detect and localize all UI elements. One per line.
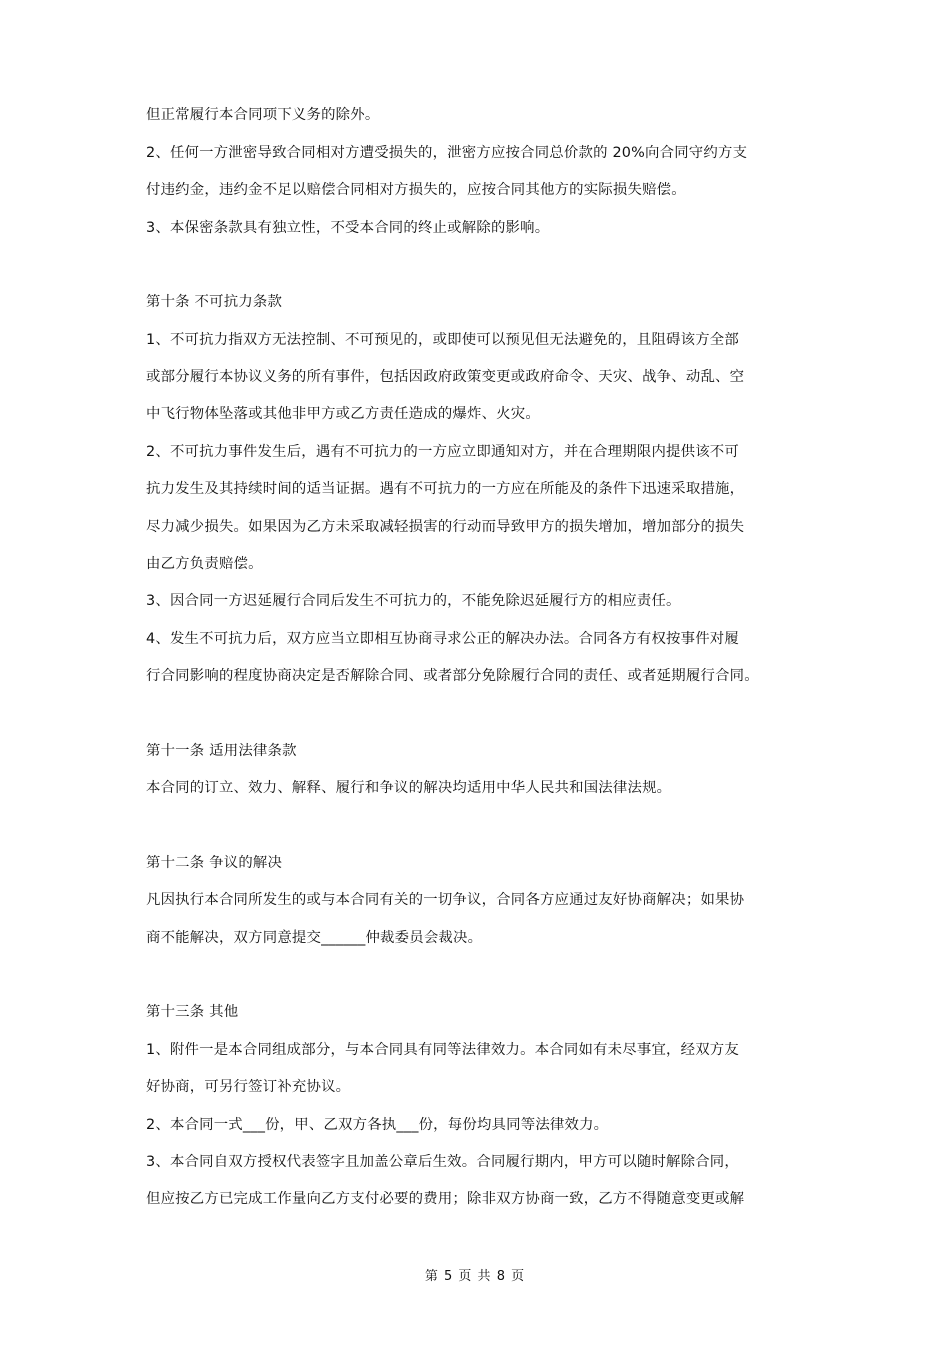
text-line: 2、本合同一式___份，甲、乙双方各执___份，每份均具同等法律效力。 (146, 1115, 608, 1135)
page-number: 第 5 页 共 8 页 (0, 1268, 950, 1286)
text-line: 3、本合同自双方授权代表签字且加盖公章后生效。合同履行期内，甲方可以随时解除合同… (146, 1152, 739, 1172)
text-line: 4、发生不可抗力后，双方应当立即相互协商寻求公正的解决办法。合同各方有权按事件对… (146, 629, 739, 649)
text-line: 由乙方负责赔偿。 (146, 554, 263, 574)
text-line: 但正常履行本合同项下义务的除外。 (146, 105, 379, 125)
section-heading: 第十三条 其他 (146, 1002, 238, 1022)
text-line: 3、因合同一方迟延履行合同后发生不可抗力的，不能免除迟延履行方的相应责任。 (146, 591, 681, 611)
text-line: 中飞行物体坠落或其他非甲方或乙方责任造成的爆炸、火灾。 (146, 404, 540, 424)
text-line: 2、任何一方泄密导致合同相对方遭受损失的，泄密方应按合同总价款的 20%向合同守… (146, 143, 747, 163)
text-line: 凡因执行本合同所发生的或与本合同有关的一切争议，合同各方应通过友好协商解决；如果… (146, 890, 744, 910)
text-line: 好协商，可另行签订补充协议。 (146, 1077, 350, 1097)
section-heading: 第十一条 适用法律条款 (146, 741, 297, 761)
text-line: 但应按乙方已完成工作量向乙方支付必要的费用；除非双方协商一致，乙方不得随意变更或… (146, 1189, 744, 1209)
text-line: 1、附件一是本合同组成部分，与本合同具有同等法律效力。本合同如有未尽事宜，经双方… (146, 1040, 739, 1060)
text-line: 本合同的订立、效力、解释、履行和争议的解决均适用中华人民共和国法律法规。 (146, 778, 671, 798)
text-line: 抗力发生及其持续时间的适当证据。遇有不可抗力的一方应在所能及的条件下迅速采取措施… (146, 479, 744, 499)
text-line: 1、不可抗力指双方无法控制、不可预见的，或即使可以预见但无法避免的，且阻碍该方全… (146, 330, 739, 350)
text-line: 尽力减少损失。如果因为乙方未采取减轻损害的行动而导致甲方的损失增加，增加部分的损… (146, 517, 744, 537)
section-heading: 第十条 不可抗力条款 (146, 292, 282, 312)
text-line: 3、本保密条款具有独立性，不受本合同的终止或解除的影响。 (146, 218, 549, 238)
section-heading: 第十二条 争议的解决 (146, 853, 282, 873)
text-line: 或部分履行本协议义务的所有事件，包括因政府政策变更或政府命令、天灾、战争、动乱、… (146, 367, 744, 387)
text-line: 行合同影响的程度协商决定是否解除合同、或者部分免除履行合同的责任、或者延期履行合… (146, 666, 759, 686)
text-line: 商不能解决，双方同意提交______仲裁委员会裁决。 (146, 928, 482, 948)
text-line: 2、不可抗力事件发生后，遇有不可抗力的一方应立即通知对方，并在合理期限内提供该不… (146, 442, 739, 462)
text-line: 付违约金，违约金不足以赔偿合同相对方损失的，应按合同其他方的实际损失赔偿。 (146, 180, 686, 200)
